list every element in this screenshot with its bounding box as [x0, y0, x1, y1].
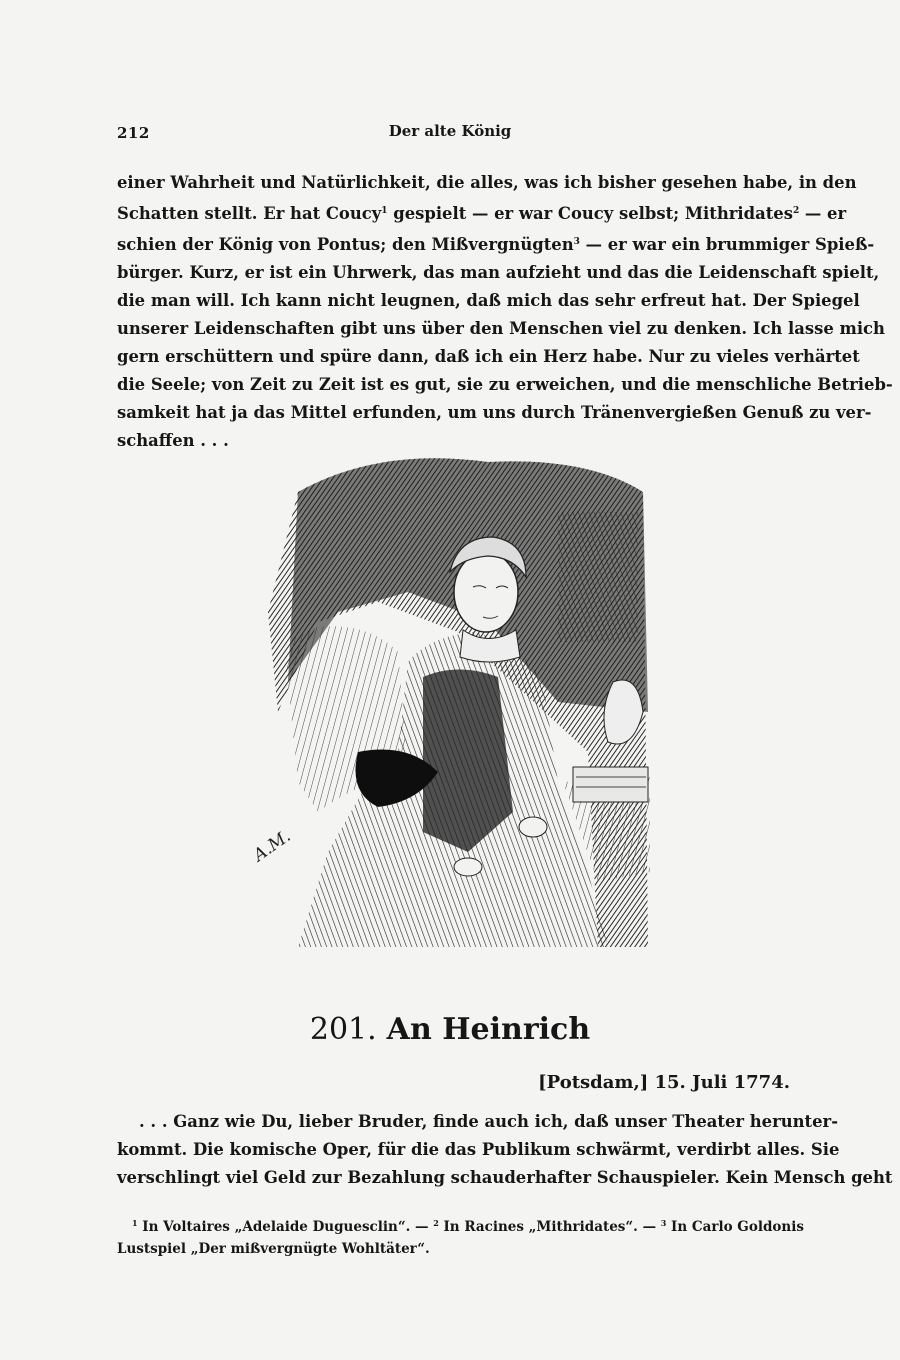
footnote-text: In Voltaires „Adelaide Duguesclin“. —	[138, 1219, 434, 1235]
text-line: die Seele; von Zeit zu Zeit ist es gut, …	[117, 371, 790, 399]
text-line: kommt. Die komische Oper, für die das Pu…	[117, 1136, 790, 1164]
text-line: bürger. Kurz, er ist ein Uhrwerk, das ma…	[117, 259, 790, 287]
running-head: Der alte König	[0, 122, 900, 140]
text-line: . . . Ganz wie Du, lieber Bruder, finde …	[117, 1108, 790, 1136]
text-line: schien der König von Pontus; den Mißverg…	[117, 228, 790, 259]
footnote-text: In Carlo Goldonis	[666, 1219, 804, 1235]
engraving-image	[258, 452, 650, 947]
passage-1: einer Wahrheit und Natürlichkeit, die al…	[117, 169, 790, 455]
text-line: Schatten stellt. Er hat Coucy1 gespielt …	[117, 197, 790, 228]
text-fragment: — er	[799, 204, 846, 223]
text-line: gern erschüttern und spüre dann, daß ich…	[117, 343, 790, 371]
letter-title: An Heinrich	[387, 1012, 590, 1047]
letter-number: 201.	[310, 1012, 377, 1047]
text-fragment: gespielt — er war Coucy selbst; Mithrida…	[388, 204, 793, 223]
text-fragment: schien der König von Pontus; den Mißverg…	[117, 235, 574, 254]
portrait-engraving	[258, 452, 650, 947]
text-fragment: Schatten stellt. Er hat Coucy	[117, 204, 381, 223]
text-line: verschlingt viel Geld zur Bezahlung scha…	[117, 1164, 790, 1192]
text-line: einer Wahrheit und Natürlichkeit, die al…	[117, 169, 790, 197]
text-fragment: — er war ein brummiger Spieß-	[580, 235, 874, 254]
footnotes: 1 In Voltaires „Adelaide Duguesclin“. — …	[117, 1212, 790, 1260]
footnote-line: 1 In Voltaires „Adelaide Duguesclin“. — …	[117, 1212, 790, 1238]
text-line: die man will. Ich kann nicht leugnen, da…	[117, 287, 790, 315]
footnote-line: Lustspiel „Der mißvergnügte Wohltäter“.	[117, 1238, 790, 1260]
text-line: schaffen . . .	[117, 427, 790, 455]
footnote-text: In Racines „Mithridates“. —	[439, 1219, 661, 1235]
text-line: unserer Leidenschaften gibt uns über den…	[117, 315, 790, 343]
letter-heading: 201.An Heinrich	[0, 1012, 900, 1047]
text-line: samkeit hat ja das Mittel erfunden, um u…	[117, 399, 790, 427]
letter-body: . . . Ganz wie Du, lieber Bruder, finde …	[117, 1108, 790, 1192]
dateline: [Potsdam,] 15. Juli 1774.	[538, 1072, 790, 1093]
